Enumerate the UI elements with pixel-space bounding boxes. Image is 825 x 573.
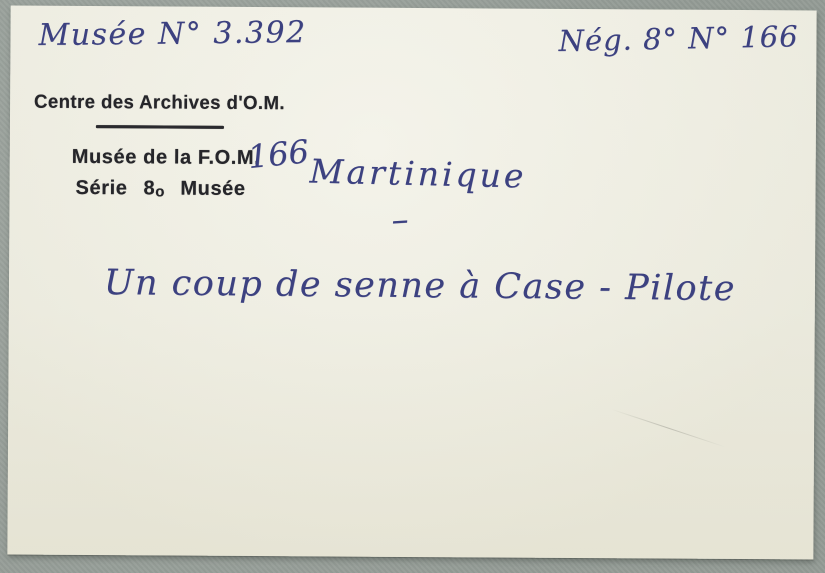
stamp-serie-musee: Série8oMusée <box>75 177 245 201</box>
caption-handwritten: Un coup de senne à Case - Pilote <box>104 263 736 309</box>
stamp-format-number: 8 <box>143 177 155 199</box>
region-handwritten: Martinique <box>309 151 527 195</box>
museum-number-handwritten: Musée N° 3.392 <box>38 15 307 53</box>
stamp-musee-label: Musée <box>180 178 245 200</box>
stamp-centre-archives: Centre des Archives d'O.M. <box>34 92 285 116</box>
stamp-serie-label: Série <box>76 177 128 199</box>
stamp-underline-rule <box>96 125 224 129</box>
stamp-musee-fom: Musée de la F.O.M. <box>72 146 261 170</box>
paper-scratch <box>611 409 725 448</box>
scan-background: Musée N° 3.392 Nég. 8° N° 166 Centre des… <box>0 0 825 573</box>
item-number-handwritten: 166 <box>246 132 311 176</box>
stamp-format-o: o <box>155 183 164 200</box>
archive-card: Musée N° 3.392 Nég. 8° N° 166 Centre des… <box>7 6 816 560</box>
negative-number-handwritten: Nég. 8° N° 166 <box>558 19 799 58</box>
separator-dash: – <box>390 199 410 240</box>
